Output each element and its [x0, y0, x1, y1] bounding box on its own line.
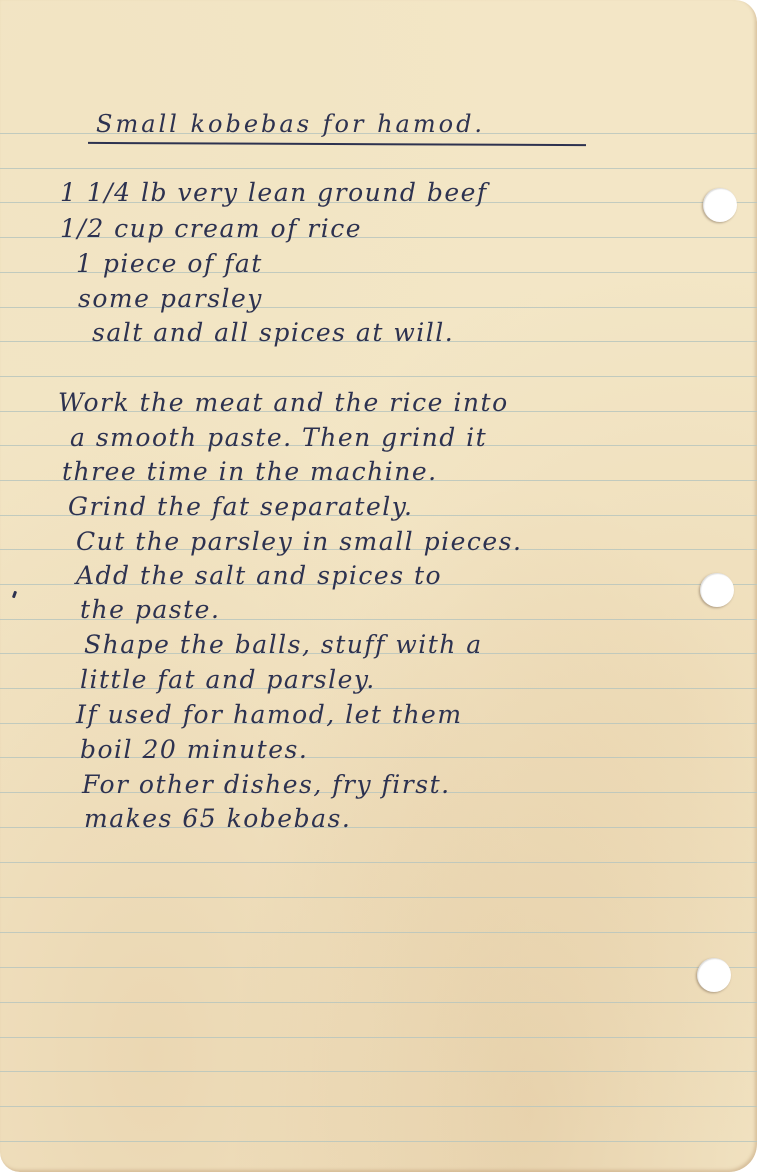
binder-hole	[703, 188, 737, 222]
ingredient-line: 1 piece of fat	[76, 251, 263, 276]
notebook-page: Small kobebas for hamod. 1 1/4 lb very l…	[0, 0, 757, 1172]
recipe-title: Small kobebas for hamod.	[96, 112, 485, 136]
method-line: three time in the machine.	[62, 459, 438, 484]
method-line: a smooth paste. Then grind it	[70, 425, 487, 450]
ruled-line	[0, 168, 757, 169]
method-line: Work the meat and the rice into	[58, 390, 509, 415]
method-line: the paste.	[80, 597, 220, 622]
binder-hole	[700, 573, 734, 607]
ruled-line	[0, 1141, 757, 1142]
ingredient-line: 1/2 cup cream of rice	[60, 216, 362, 241]
method-line: If used for hamod, let them	[76, 702, 463, 727]
method-line: Cut the parsley in small pieces.	[76, 529, 522, 554]
ruled-line	[0, 862, 757, 863]
method-line: makes 65 kobebas.	[84, 806, 351, 831]
binder-hole	[697, 958, 731, 992]
ruled-line	[0, 897, 757, 898]
stray-ink-mark	[12, 591, 17, 599]
ruled-line	[0, 967, 757, 968]
method-line: Shape the balls, stuff with a	[84, 632, 483, 657]
ingredient-line: salt and all spices at will.	[92, 320, 454, 345]
method-line: For other dishes, fry first.	[82, 772, 451, 797]
ruled-line	[0, 376, 757, 377]
ruled-line	[0, 1037, 757, 1038]
method-line: Add the salt and spices to	[76, 563, 442, 588]
method-line: Grind the fat separately.	[68, 494, 413, 519]
ingredient-line: some parsley	[78, 286, 263, 311]
method-line: boil 20 minutes.	[80, 737, 308, 762]
bleed-through-text	[560, 172, 569, 197]
title-underline	[88, 142, 586, 146]
ingredient-line: 1 1/4 lb very lean ground beef	[60, 180, 488, 205]
ruled-line	[0, 1071, 757, 1072]
ruled-line	[0, 932, 757, 933]
ruled-line	[0, 1002, 757, 1003]
bleed-through-text	[520, 440, 529, 465]
method-line: little fat and parsley.	[80, 667, 376, 692]
ruled-line	[0, 1106, 757, 1107]
